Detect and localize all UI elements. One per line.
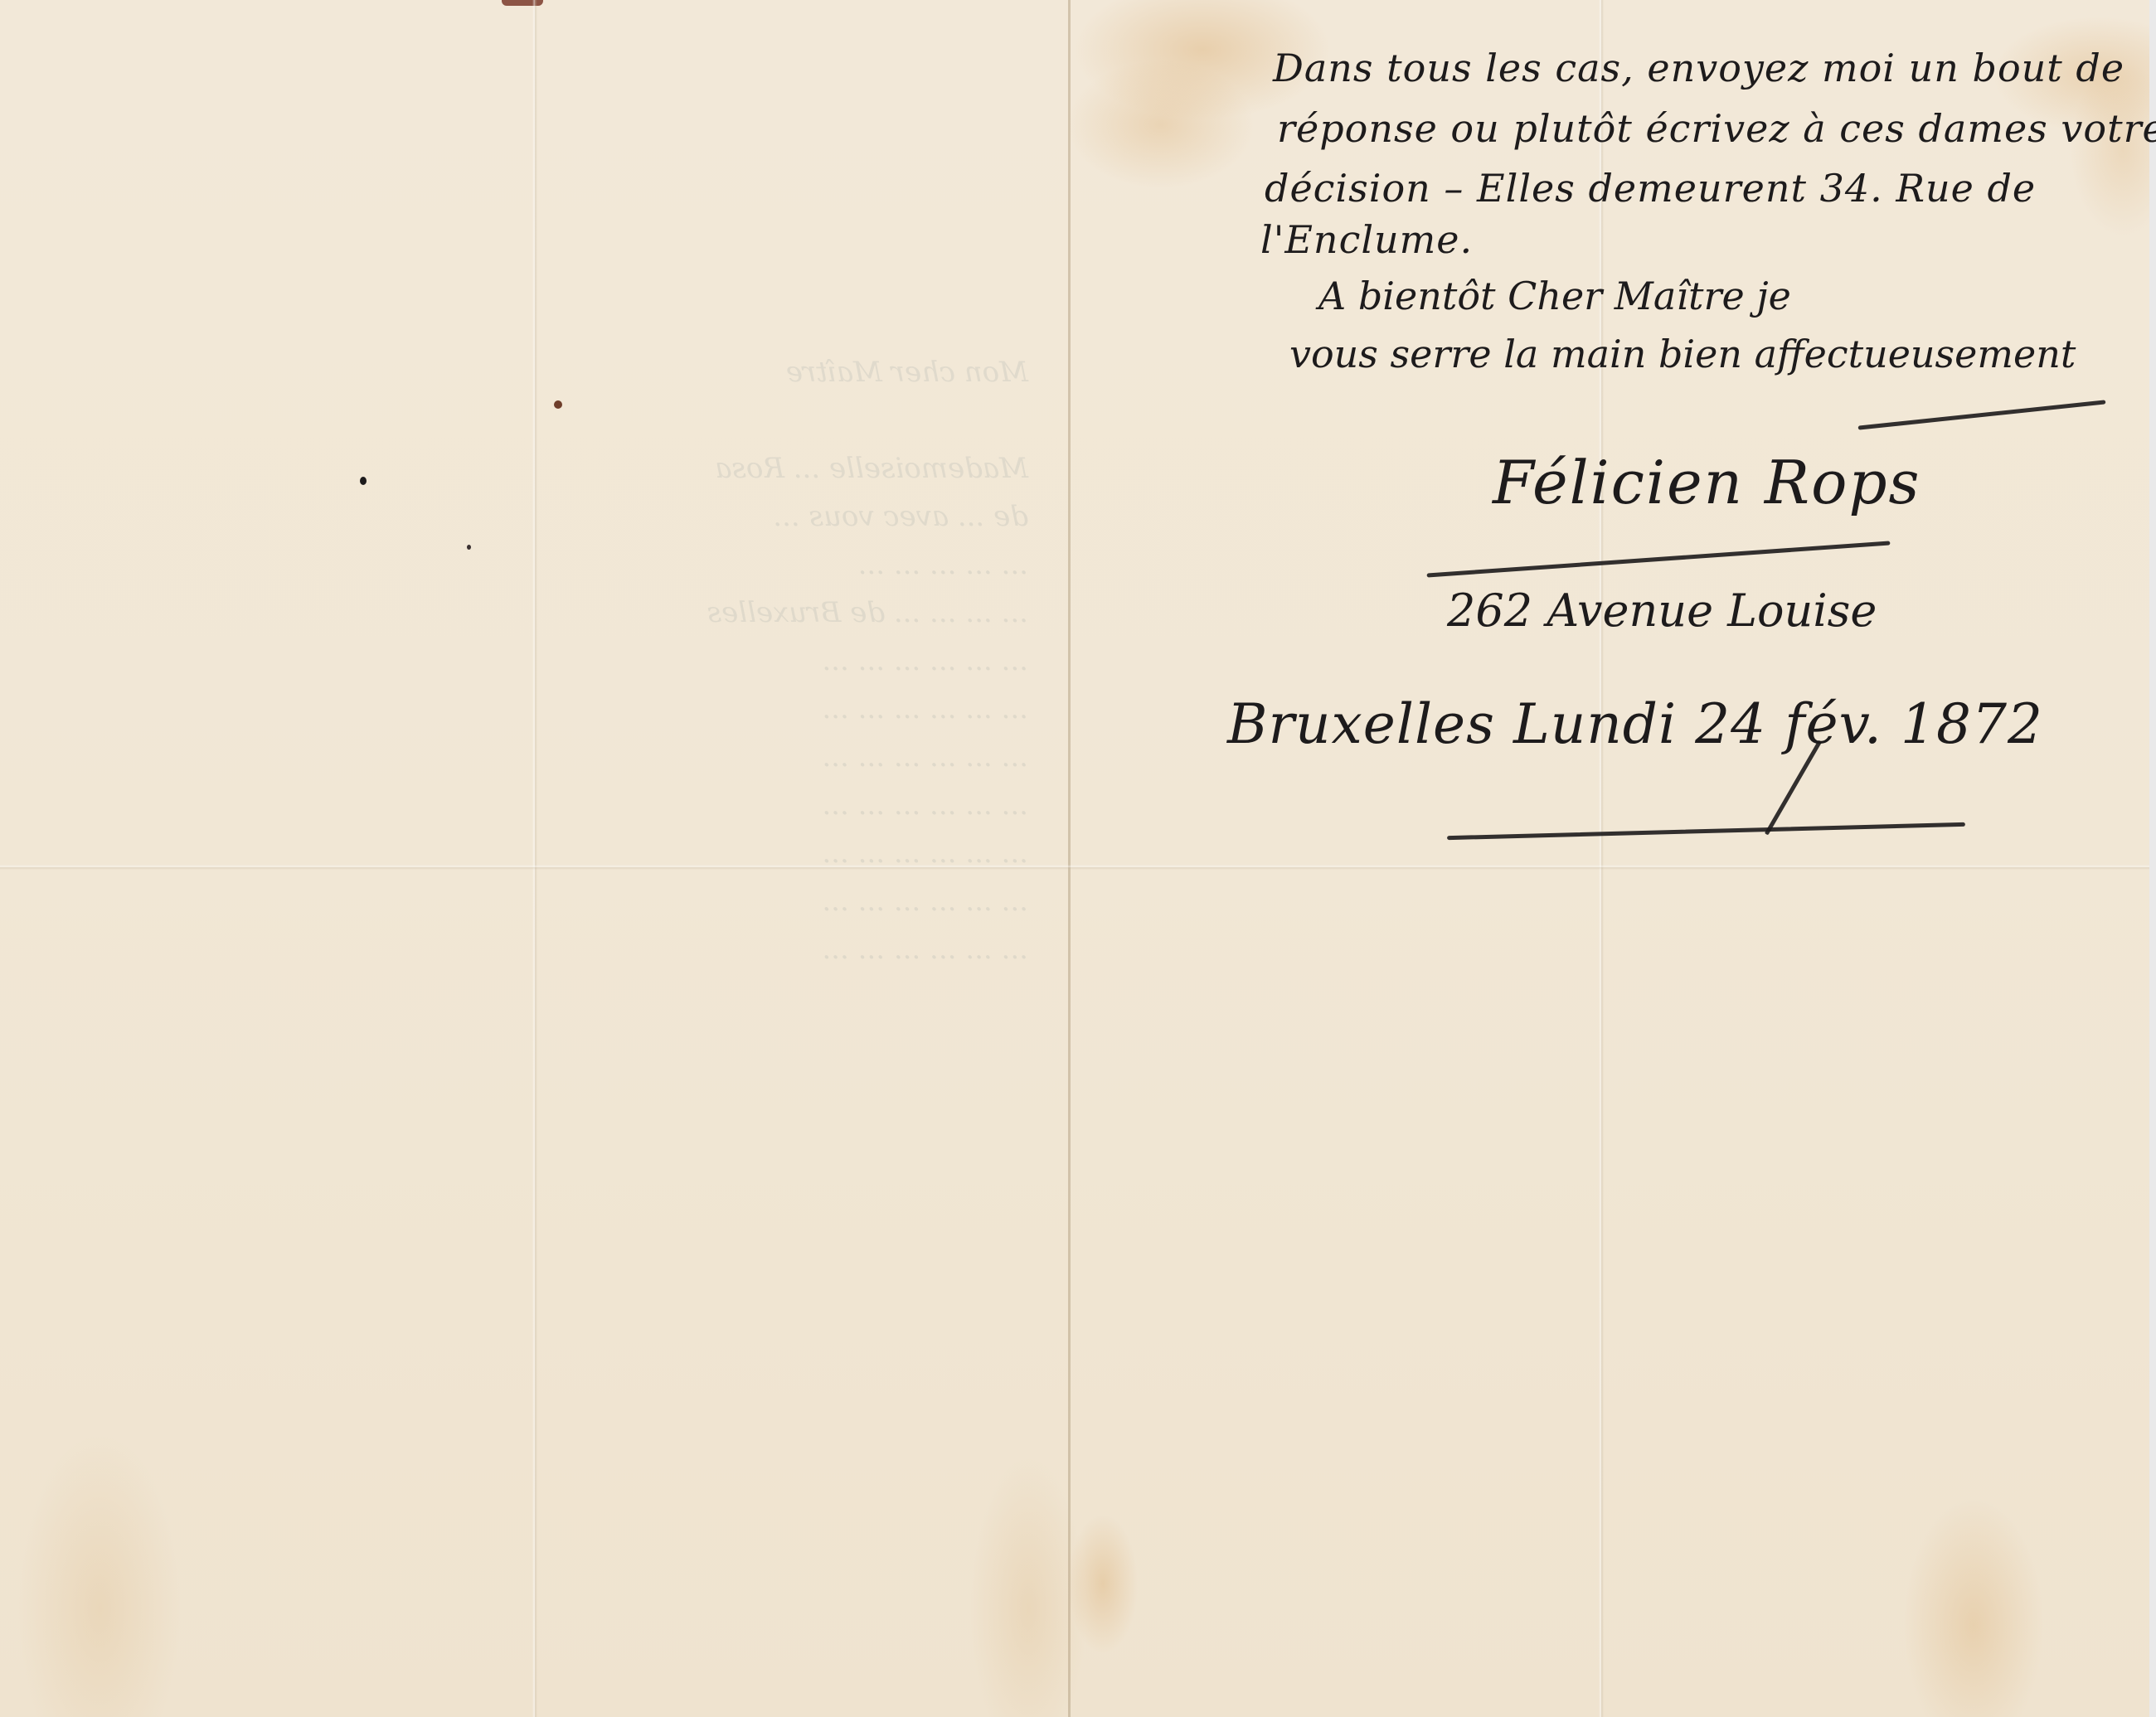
body-line-4: l'Enclume.	[1260, 217, 1473, 262]
letter-sheet: Mon cher Maître Mademoiselle ... Rosa de…	[0, 0, 2149, 1717]
signature-underline	[1427, 541, 1891, 577]
body-line-1: Dans tous les cas, envoyez moi un bout d…	[1273, 46, 2124, 90]
signature: Félicien Rops	[1493, 448, 1921, 517]
closing-line-2: vous serre la main bien affectueusement	[1289, 332, 2076, 376]
ink-spot	[467, 545, 471, 550]
date-underline	[1447, 822, 1965, 840]
body-line-2: réponse ou plutôt écrivez à ces dames vo…	[1277, 106, 2156, 151]
center-fold-spine	[1068, 0, 1071, 1717]
fold-crease-left	[532, 0, 537, 1717]
body-line-3: décision – Elles demeurent 34. Rue de	[1265, 166, 2036, 211]
bleed-through-text: Mon cher Maître Mademoiselle ... Rosa de…	[50, 348, 1028, 973]
fold-crease-horizontal	[0, 865, 2149, 870]
ink-spot	[360, 477, 367, 485]
address: 262 Avenue Louise	[1447, 584, 1877, 637]
closing-line-1: A bientôt Cher Maître je	[1318, 274, 1791, 318]
closing-flourish	[1858, 400, 2106, 429]
date-line: Bruxelles Lundi 24 fév. 1872	[1227, 692, 2043, 756]
ink-spot	[554, 400, 562, 409]
fold-crease-right	[1599, 0, 1604, 1717]
